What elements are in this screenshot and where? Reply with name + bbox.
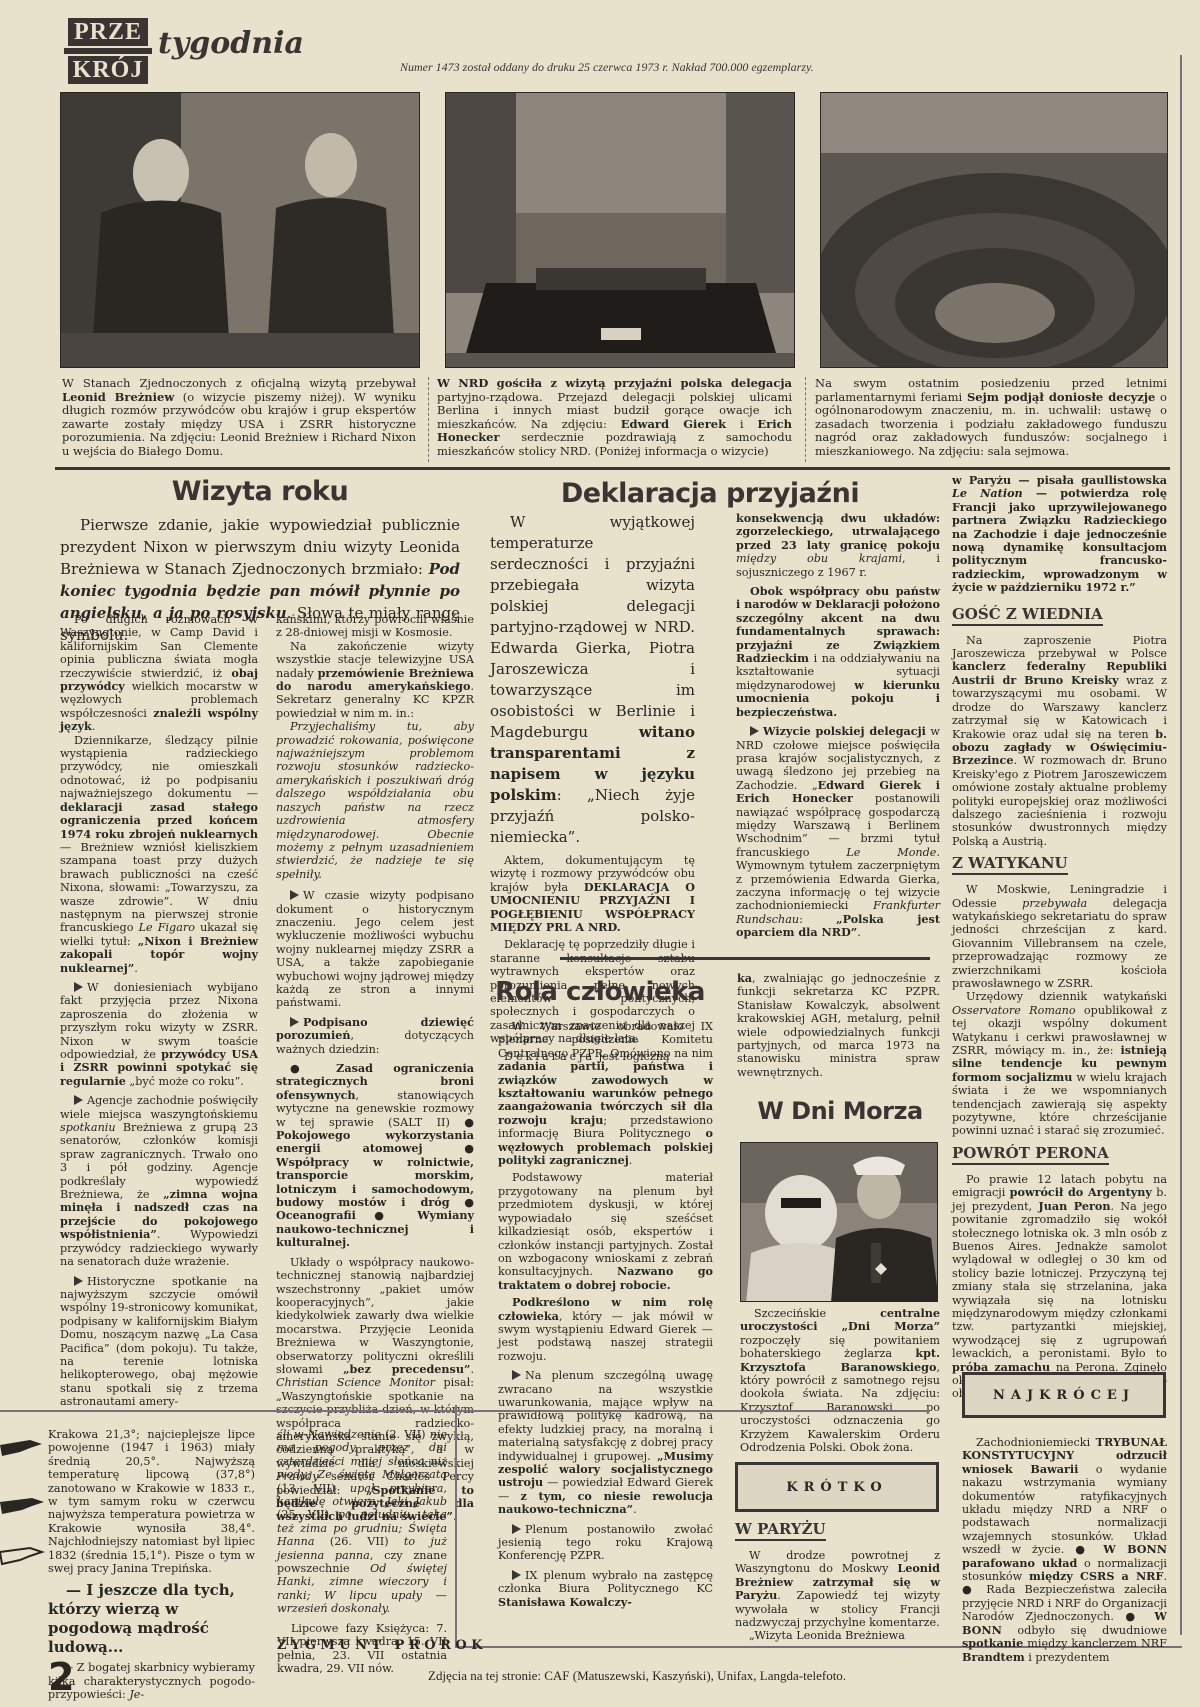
krotko-box: KRÓTKO [735, 1462, 939, 1512]
masthead: PRZE KRÓJ tygodnia Numer 1473 został odd… [64, 18, 1184, 88]
deklaracja-col-2: konsekwencją dwu układów: zgorzeleckiego… [736, 512, 940, 940]
logo-top: PRZE [68, 18, 148, 46]
weather-col-1: Krakowa 21,3°; najcieplejsze lipce powoj… [48, 1428, 255, 1702]
section-gosc: GOŚĆ Z WIEDNIA Na zaproszenie Piotra Jar… [952, 595, 1167, 849]
heading-paryz: W PARYŻU [735, 1520, 826, 1541]
photo-breznev-nixon [60, 92, 420, 368]
section-title: tygodnia [158, 26, 304, 61]
wizyta-col-2: kańskimi, którzy powrócili właśnie z 28-… [276, 613, 474, 1524]
headline-morza: W Dni Morza [740, 1094, 940, 1128]
photo-gierek-honecker [445, 92, 795, 368]
author-signature: ZYGMUNT PROROK [277, 1638, 487, 1653]
pointing-hand-icon [0, 1430, 45, 1580]
headline-rola: Rola człowieka [495, 972, 705, 1012]
photo-credits: Zdjęcia na tej stronie: CAF (Matuszewski… [428, 1668, 846, 1684]
issue-note: Numer 1473 został oddany do druku 25 cze… [400, 60, 814, 75]
divider-deklaracja [560, 957, 930, 960]
photo-sejm-hall [820, 92, 1168, 368]
paris-continuation: w Paryżu — pisała gaullistowska Le Natio… [952, 474, 1167, 595]
heading-watykan: Z WATYKANU [952, 854, 1068, 875]
rola-col-2: ka, zwalniając go jednocześnie z funkcji… [737, 972, 940, 1079]
krotko-section: W PARYŻU W drodze powrotnej z Waszyngton… [735, 1518, 940, 1643]
divider-top [55, 467, 1170, 470]
logo: PRZE KRÓJ [64, 18, 152, 84]
heading-gosc: GOŚĆ Z WIEDNIA [952, 605, 1103, 626]
page-number: 2 [48, 1655, 74, 1699]
hand-pointer-icons [0, 1430, 45, 1580]
wizyta-col-1: Po długich rozmowach w Waszyngtonie, w C… [60, 613, 258, 1409]
section-watykan: Z WATYKANU W Moskwie, Leningradzie i Ode… [952, 848, 1167, 1138]
caption-sejm: Na swym ostatnim posiedzeniu przed letni… [815, 377, 1167, 459]
najkrocej-text: Zachodnioniemiecki TRYBUNAŁ KONSTYTUCYJN… [962, 1436, 1167, 1664]
caption-breznev: W Stanach Zjednoczonych z oficjalną wizy… [62, 377, 416, 459]
photo-baranowski [740, 1142, 938, 1302]
caption-nrd: W NRD gościła z wizytą przyjaźni polska … [437, 377, 792, 459]
logo-bottom: KRÓJ [68, 56, 148, 84]
heading-peron: POWRÓT PERONA [952, 1144, 1109, 1165]
section-peron: POWRÓT PERONA Po prawie 12 latach pobytu… [952, 1138, 1167, 1401]
bottom-top-rule [0, 1410, 930, 1412]
headline-deklaracja: Deklaracja przyjaźni [480, 474, 940, 514]
right-edge-rule [1180, 55, 1182, 1635]
najkrocej-box: NAJKRÓCEJ [962, 1372, 1166, 1418]
right-column: w Paryżu — pisała gaullistowska Le Natio… [952, 474, 1167, 1401]
headline-wizyta: Wizyta roku [60, 472, 460, 512]
